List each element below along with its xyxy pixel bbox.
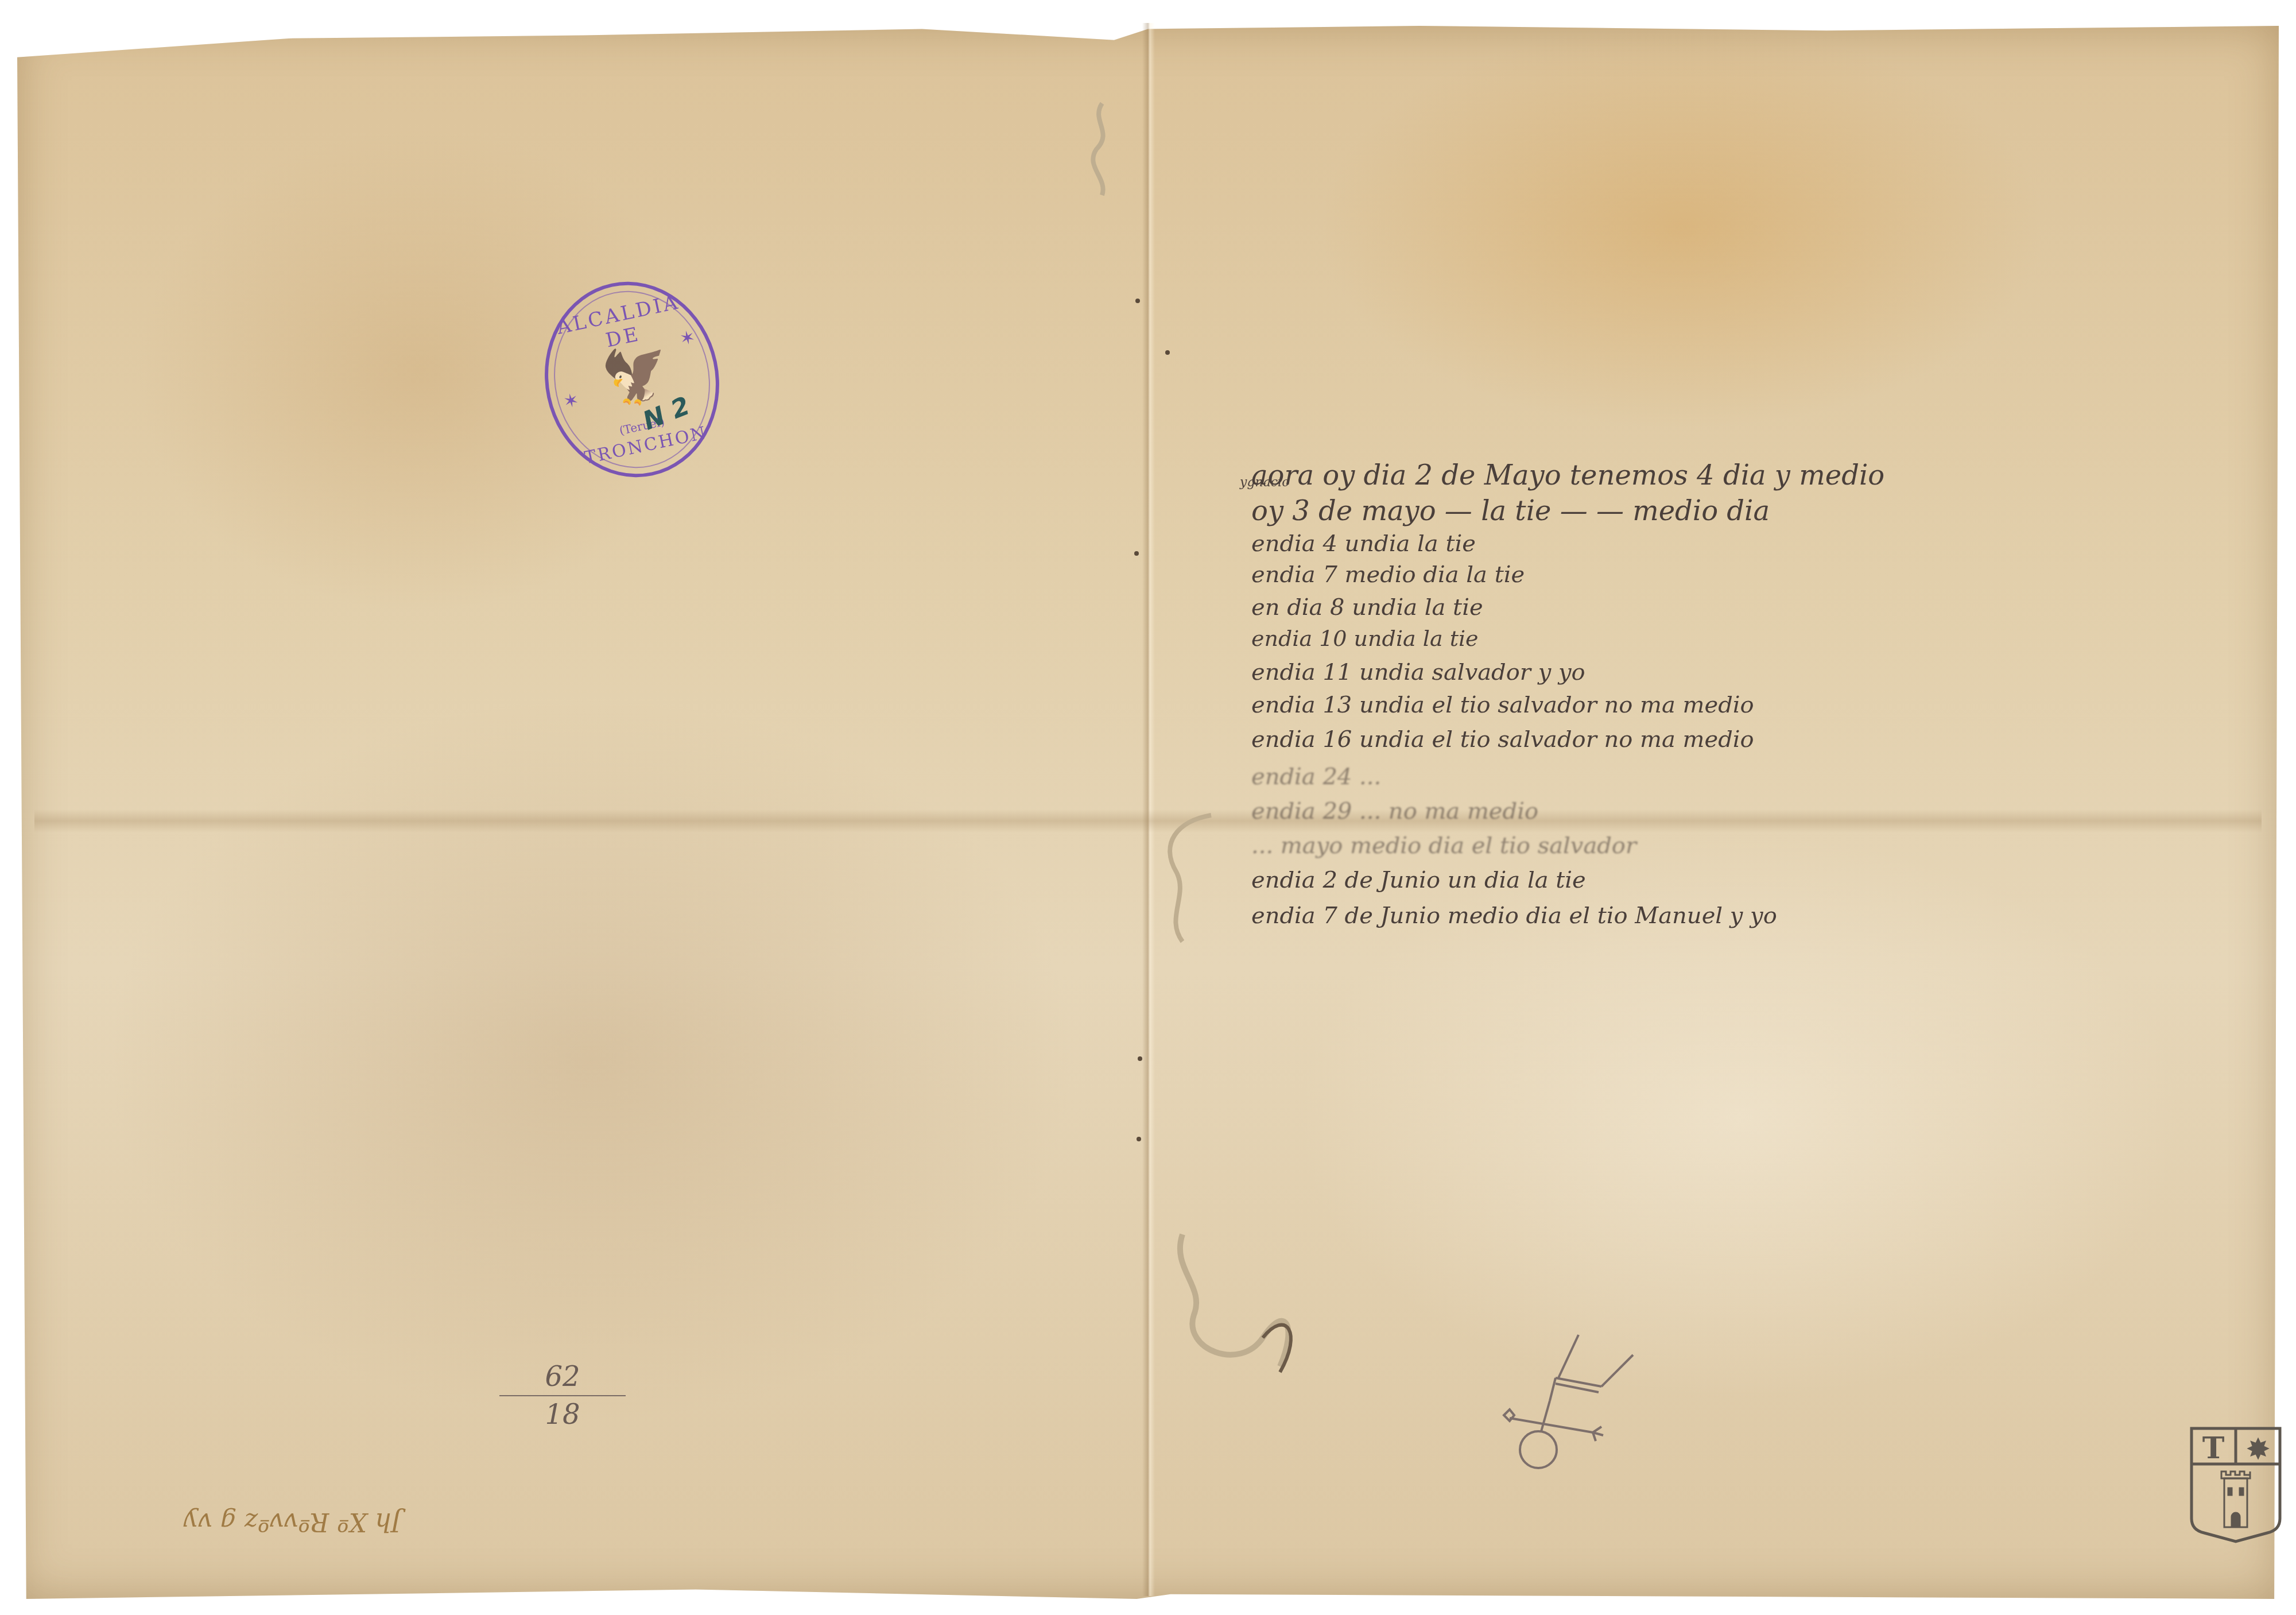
manuscript-line: endia 10 undia la tie <box>1251 626 1479 651</box>
manuscript-line: endia 11 undia salvador y yo <box>1251 659 1585 685</box>
inverted-signature: Jh Xº Rºvvºz g vy <box>184 1507 401 1536</box>
tronchon-crest-icon: T ✸ <box>2187 1424 2285 1544</box>
fraction-denominator: 18 <box>499 1399 626 1431</box>
manuscript-line: endia 4 undia la tie <box>1251 530 1476 557</box>
manuscript-line: aora oy dia 2 de Mayo tenemos 4 dia y me… <box>1251 459 1884 491</box>
horizontal-fold <box>34 810 2262 832</box>
manuscript-line: endia 2 de Junio un dia la tie <box>1251 867 1586 893</box>
manuscript-line: en dia 8 undia la tie <box>1251 594 1483 621</box>
pencil-fraction: 62 18 <box>499 1361 626 1431</box>
crest-star-icon: ✸ <box>2245 1432 2271 1467</box>
fraction-numerator: 62 <box>499 1361 626 1393</box>
binding-thread-middle <box>1154 810 1223 947</box>
manuscript-line: oy 3 de mayo — la tie — — medio dia <box>1251 495 1770 527</box>
fraction-bar <box>499 1395 626 1396</box>
manuscript-line: ... mayo medio dia el tio salvador <box>1251 832 1636 859</box>
binding-thread-top <box>1079 98 1125 201</box>
manuscript-line: endia 29 ... no ma medio <box>1251 798 1538 824</box>
manuscript-line: endia 16 undia el tio salvador no ma med… <box>1251 726 1754 753</box>
manuscript-line: endia 24 ... <box>1251 764 1381 790</box>
crest-letter: T <box>2202 1431 2225 1466</box>
manuscript-line: endia 7 medio dia la tie <box>1251 561 1525 588</box>
stick-figure-doodle-icon <box>1469 1309 1653 1481</box>
manuscript-line: endia 7 de Junio medio dia el tio Manuel… <box>1251 903 1777 929</box>
binding-thread-bottom <box>1171 1223 1309 1384</box>
manuscript-line: endia 13 undia el tio salvador no ma med… <box>1251 692 1754 718</box>
